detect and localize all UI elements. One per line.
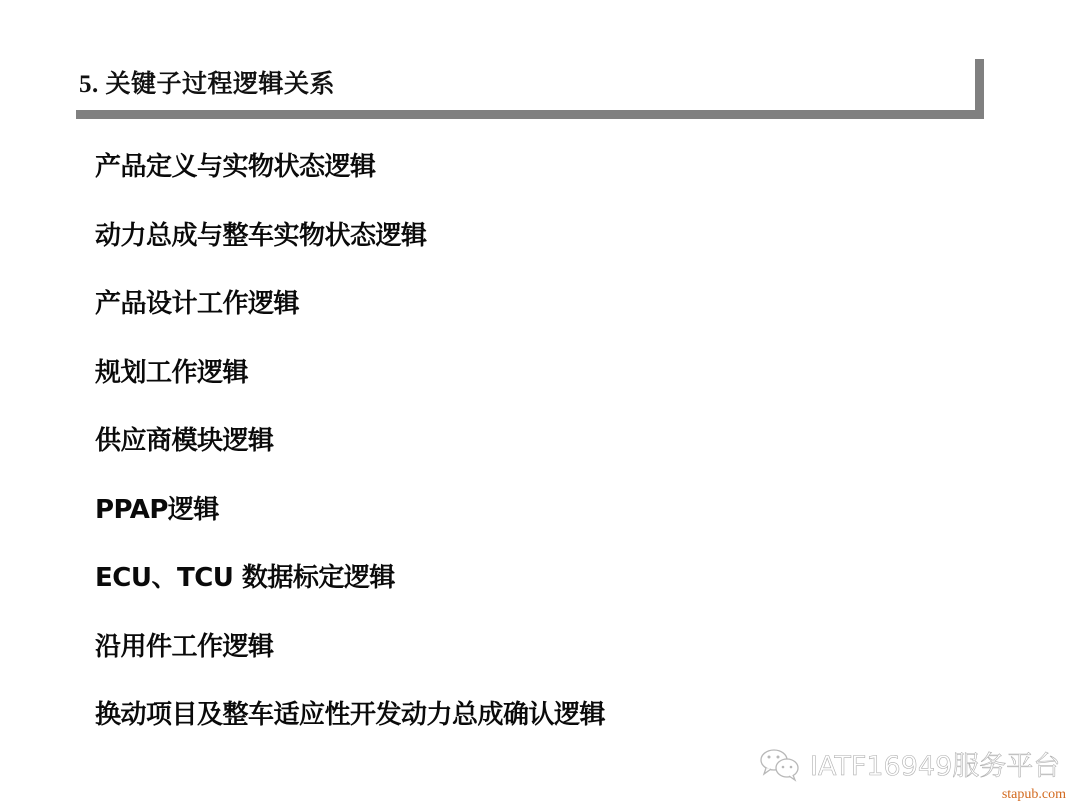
- list-item: ECU、TCU 数据标定逻辑: [95, 557, 395, 594]
- wechat-icon: [758, 746, 802, 782]
- slide-title: 5. 关键子过程逻辑关系: [79, 64, 335, 100]
- list-item: PPAP逻辑: [95, 489, 219, 526]
- list-item: 沿用件工作逻辑: [95, 626, 274, 663]
- list-item: 动力总成与整车实物状态逻辑: [95, 215, 427, 252]
- title-underline-bar: [76, 110, 984, 119]
- watermark: IATF16949服务平台: [758, 744, 1060, 783]
- title-side-bar: [975, 59, 984, 119]
- list-item: 产品设计工作逻辑: [95, 283, 299, 320]
- list-item: 产品定义与实物状态逻辑: [95, 146, 376, 183]
- list-item: 供应商模块逻辑: [95, 420, 274, 457]
- list-item: 换动项目及整车适应性开发动力总成确认逻辑: [95, 694, 605, 731]
- list-item: 规划工作逻辑: [95, 352, 248, 389]
- watermark-text: IATF16949服务平台: [810, 744, 1060, 783]
- site-link[interactable]: stapub.com: [1002, 787, 1066, 803]
